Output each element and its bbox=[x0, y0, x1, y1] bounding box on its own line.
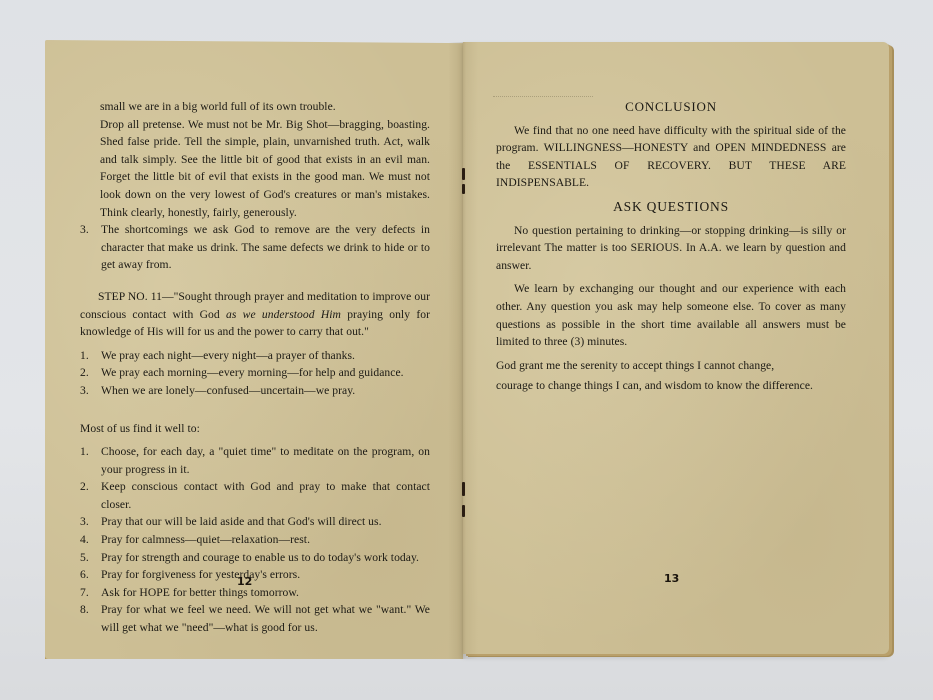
drop-pretense-paragraph: Drop all pretense. We must not be Mr. Bi… bbox=[80, 116, 430, 222]
list-item: 7.Ask for HOPE for better things tomorro… bbox=[80, 584, 430, 602]
list-text: Pray for calmness—quiet—relaxation—rest. bbox=[101, 533, 310, 546]
list-number: 1. bbox=[80, 347, 89, 365]
list-number: 5. bbox=[80, 549, 89, 567]
list-number: 3. bbox=[80, 221, 89, 239]
list-text: Ask for HOPE for better things tomorrow. bbox=[101, 586, 299, 599]
list-number: 2. bbox=[80, 478, 89, 496]
ask-paragraph-2: We learn by exchanging our thought and o… bbox=[496, 280, 846, 350]
staple-icon bbox=[462, 184, 465, 194]
page-number-left: 12 bbox=[237, 575, 252, 588]
most-of-us-heading: Most of us find it well to: bbox=[80, 420, 430, 438]
list-number: 4. bbox=[80, 531, 89, 549]
list-text: Pray for what we feel we need. We will n… bbox=[101, 603, 430, 634]
list-item: 8.Pray for what we feel we need. We will… bbox=[80, 601, 430, 636]
list-text: Keep conscious contact with God and pray… bbox=[101, 480, 430, 511]
prayer-list: 1.We pray each night—every night—a praye… bbox=[80, 347, 430, 400]
list-item: 1.We pray each night—every night—a praye… bbox=[80, 347, 430, 365]
list-number: 3. bbox=[80, 382, 89, 400]
list-number: 2. bbox=[80, 364, 89, 382]
list-item: 2.Keep conscious contact with God and pr… bbox=[80, 478, 430, 513]
list-item: 3.When we are lonely—confused—uncertain—… bbox=[80, 382, 430, 400]
list-text: Choose, for each day, a "quiet time" to … bbox=[101, 445, 430, 476]
list-text: Pray for forgiveness for yesterday's err… bbox=[101, 568, 300, 581]
list-text: The shortcomings we ask God to remove ar… bbox=[101, 223, 430, 271]
staple-icon bbox=[462, 482, 465, 496]
list-item: 2.We pray each morning—every morning—for… bbox=[80, 364, 430, 382]
serenity-prayer-line-2: courage to change things I can, and wisd… bbox=[496, 377, 846, 395]
right-page-text: CONCLUSION We find that no one need have… bbox=[496, 98, 846, 395]
list-item: 4.Pray for calmness—quiet—relaxation—res… bbox=[80, 531, 430, 549]
list-number: 1. bbox=[80, 443, 89, 461]
staple-icon bbox=[462, 168, 465, 180]
list-text: When we are lonely—confused—uncertain—we… bbox=[101, 384, 355, 397]
list-number: 7. bbox=[80, 584, 89, 602]
conclusion-heading: CONCLUSION bbox=[496, 98, 846, 116]
shortcomings-list: 3. The shortcomings we ask God to remove… bbox=[80, 221, 430, 274]
list-item: 3.Pray that our will be laid aside and t… bbox=[80, 513, 430, 531]
staple-icon bbox=[462, 505, 465, 517]
list-item: 5.Pray for strength and courage to enabl… bbox=[80, 549, 430, 567]
list-item: 6.Pray for forgiveness for yesterday's e… bbox=[80, 566, 430, 584]
list-number: 3. bbox=[80, 513, 89, 531]
ask-paragraph-1: No question pertaining to drinking—or st… bbox=[496, 222, 846, 275]
list-text: Pray that our will be laid aside and tha… bbox=[101, 515, 382, 528]
continuation-line: small we are in a big world full of its … bbox=[80, 98, 430, 116]
step-11-paragraph: STEP NO. 11—"Sought through prayer and m… bbox=[80, 288, 430, 341]
list-number: 6. bbox=[80, 566, 89, 584]
conclusion-paragraph: We find that no one need have difficulty… bbox=[496, 122, 846, 192]
practice-list: 1.Choose, for each day, a "quiet time" t… bbox=[80, 443, 430, 637]
list-item: 3. The shortcomings we ask God to remove… bbox=[80, 221, 430, 274]
page-number-right: 13 bbox=[664, 572, 679, 585]
list-item: 1.Choose, for each day, a "quiet time" t… bbox=[80, 443, 430, 478]
list-number: 8. bbox=[80, 601, 89, 619]
left-page-text: small we are in a big world full of its … bbox=[80, 98, 430, 637]
ask-questions-heading: ASK QUESTIONS bbox=[496, 198, 846, 216]
list-text: We pray each morning—every morning—for h… bbox=[101, 366, 404, 379]
list-text: We pray each night—every night—a prayer … bbox=[101, 349, 355, 362]
serenity-prayer-line-1: God grant me the serenity to accept thin… bbox=[496, 357, 846, 375]
open-booklet: small we are in a big world full of its … bbox=[0, 0, 933, 700]
list-text: Pray for strength and courage to enable … bbox=[101, 551, 419, 564]
